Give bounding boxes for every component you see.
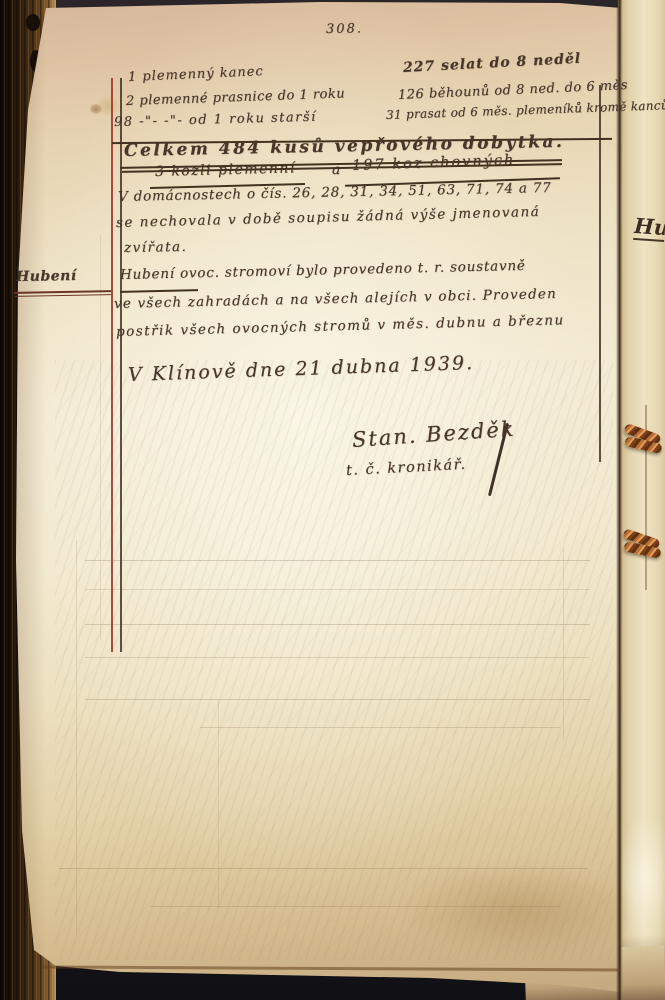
page-fold-line: [616, 0, 623, 1000]
margin-label: Hubení: [16, 268, 77, 285]
next-page-text-fragment: Hu: [633, 213, 665, 242]
faint-rule: [200, 727, 560, 728]
faint-rule: [85, 624, 590, 625]
households-line-3: zvířata.: [124, 239, 188, 256]
binding-cord-top: [624, 424, 664, 456]
page-number: 308.: [326, 21, 363, 37]
faint-rule: [85, 657, 590, 658]
binding-cord-bottom: [623, 529, 663, 561]
faint-rule: [85, 589, 590, 590]
faint-rule: [85, 699, 590, 700]
chronicle-photo: 308. 1 plemenný kanec 227 selat do 8 ned…: [0, 0, 665, 1000]
faint-rule: [85, 560, 590, 561]
faint-rule-vertical: [218, 700, 219, 908]
binding-mark-top: [26, 14, 40, 31]
faint-rule-vertical: [100, 235, 101, 640]
faint-rule-vertical: [76, 540, 77, 935]
goats-conjunction: a: [332, 162, 340, 178]
red-margin-line: [111, 78, 122, 652]
paper-smudge: [400, 862, 635, 957]
right-column-line: [599, 85, 601, 462]
faint-rule-vertical: [563, 548, 564, 740]
